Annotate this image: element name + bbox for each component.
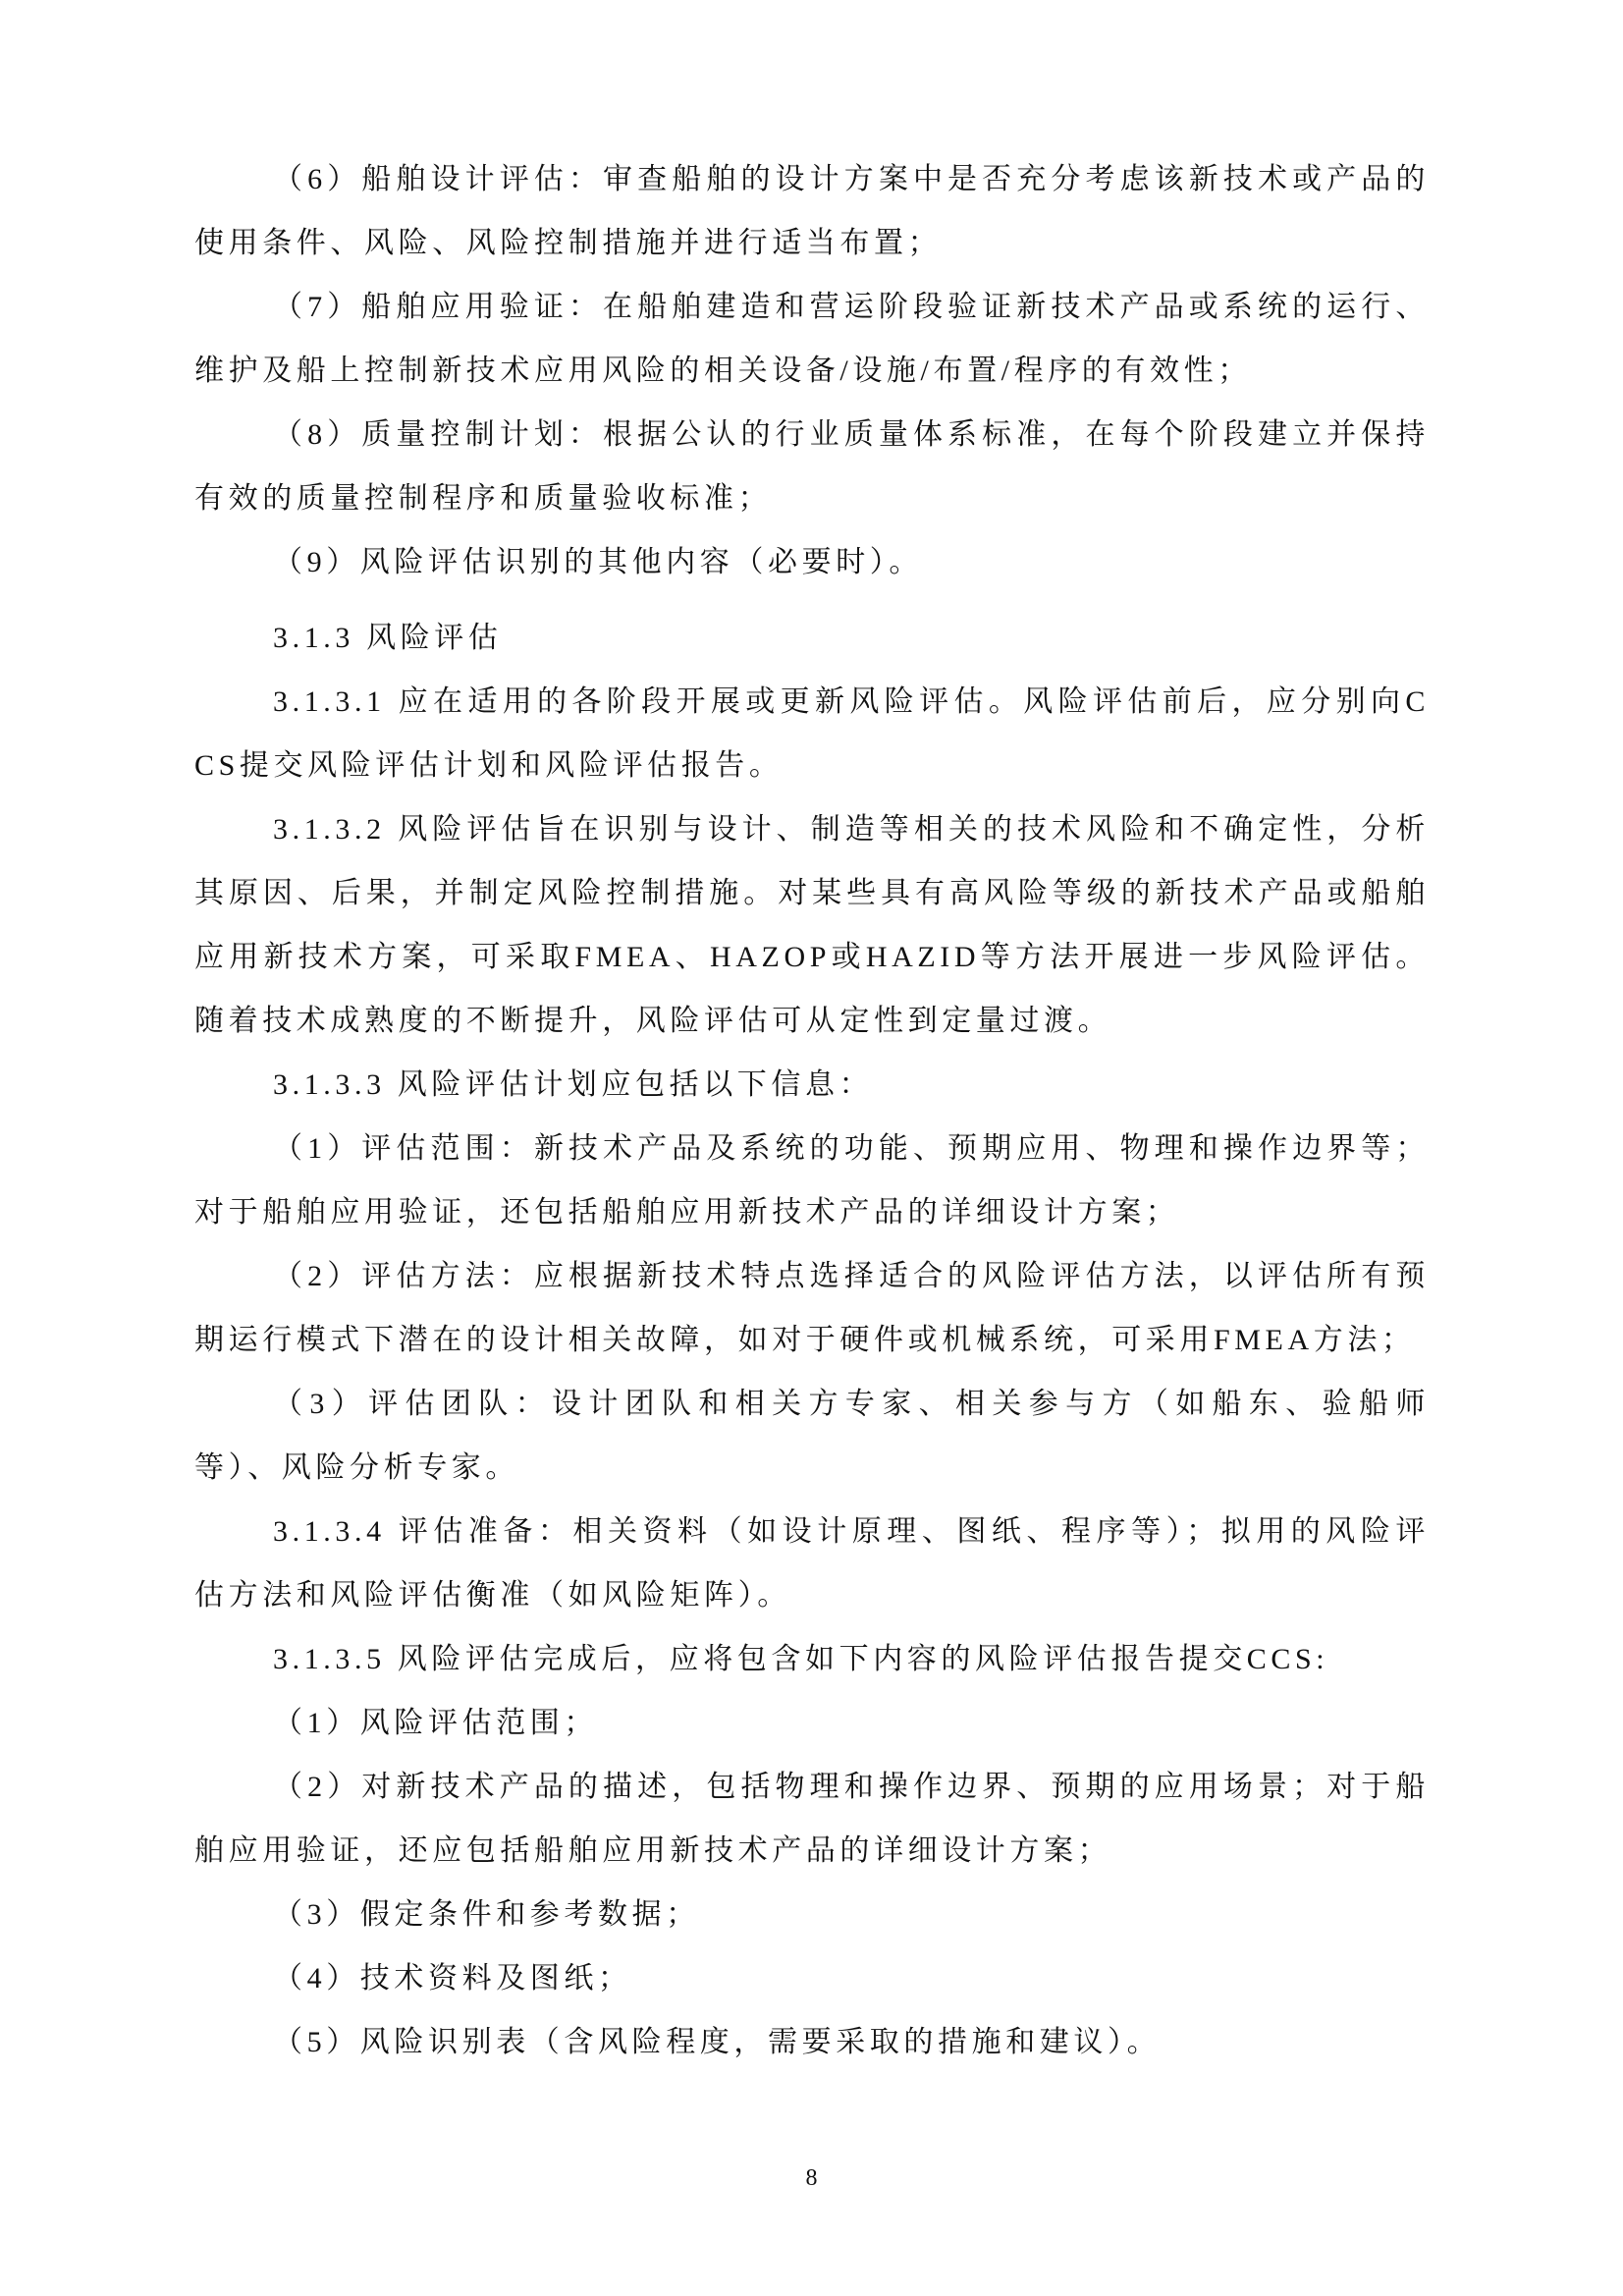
plan-item-1: （1）评估范围：新技术产品及系统的功能、预期应用、物理和操作边界等；对于船舶应用…: [194, 1117, 1430, 1244]
clause-3-1-3-3: 3.1.3.3 风险评估计划应包括以下信息：: [194, 1053, 1430, 1117]
clause-3-1-3-5: 3.1.3.5 风险评估完成后，应将包含如下内容的风险评估报告提交CCS:: [194, 1627, 1430, 1691]
section-heading-3-1-3: 3.1.3 风险评估: [194, 606, 1430, 670]
clause-3-1-3-1: 3.1.3.1 应在适用的各阶段开展或更新风险评估。风险评估前后，应分别向CCS…: [194, 670, 1430, 797]
document-page: （6）船舶设计评估：审查船舶的设计方案中是否充分考虑该新技术或产品的使用条件、风…: [194, 147, 1430, 2074]
clause-3-1-3-4: 3.1.3.4 评估准备：相关资料（如设计原理、图纸、程序等）；拟用的风险评估方…: [194, 1500, 1430, 1627]
report-item-5: （5）风险识别表（含风险程度，需要采取的措施和建议）。: [194, 2010, 1430, 2074]
plan-item-3: （3）评估团队：设计团队和相关方专家、相关参与方（如船东、验船师等）、风险分析专…: [194, 1372, 1430, 1500]
page-number: 8: [0, 2165, 1623, 2192]
plan-item-2: （2）评估方法：应根据新技术特点选择适合的风险评估方法，以评估所有预期运行模式下…: [194, 1244, 1430, 1372]
list-item-8: （8）质量控制计划：根据公认的行业质量体系标准，在每个阶段建立并保持有效的质量控…: [194, 403, 1430, 530]
list-item-6: （6）船舶设计评估：审查船舶的设计方案中是否充分考虑该新技术或产品的使用条件、风…: [194, 147, 1430, 275]
report-item-4: （4）技术资料及图纸；: [194, 1946, 1430, 2010]
report-item-2: （2）对新技术产品的描述，包括物理和操作边界、预期的应用场景；对于船舶应用验证，…: [194, 1755, 1430, 1883]
list-item-7: （7）船舶应用验证：在船舶建造和营运阶段验证新技术产品或系统的运行、维护及船上控…: [194, 275, 1430, 403]
report-item-1: （1）风险评估范围；: [194, 1691, 1430, 1755]
clause-3-1-3-2: 3.1.3.2 风险评估旨在识别与设计、制造等相关的技术风险和不确定性，分析其原…: [194, 797, 1430, 1053]
report-item-3: （3）假定条件和参考数据；: [194, 1883, 1430, 1946]
list-item-9: （9）风险评估识别的其他内容（必要时）。: [194, 530, 1430, 594]
